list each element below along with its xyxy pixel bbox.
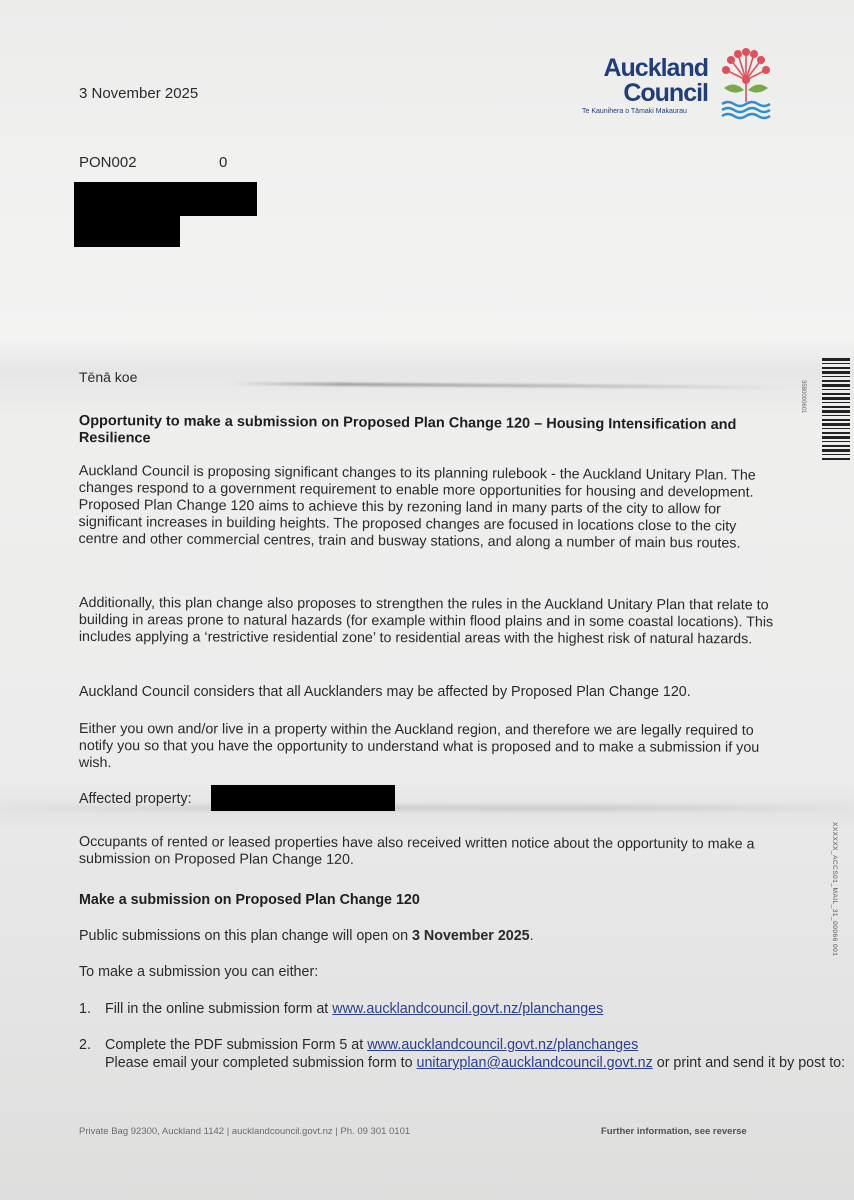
reference-code-text: PON002 [79,154,137,171]
letter-date: 3 November 2025 [79,85,198,102]
barcode-number: 3580000601 [800,380,806,413]
mailing-code: XXXXXX_ACCS01_MAIL_31_00066 001 [831,822,838,956]
barcode [822,358,850,462]
submission-heading: Make a submission on Proposed Plan Chang… [79,892,420,908]
email-prefix: Please email your completed submission f… [105,1055,417,1071]
body-paragraph: Auckland Council considers that all Auck… [79,684,779,701]
unitaryplan-email-link[interactable]: unitaryplan@aucklandcouncil.govt.nz [417,1055,653,1071]
option-number: 1. [79,1000,105,1018]
logo-line-2: Council [623,81,708,105]
footer-note: Further information, see reverse [601,1126,747,1137]
redacted-address [74,182,257,216]
option-number: 2. [79,1036,105,1054]
letter-page: 3 November 2025 PON002 0 Auckland Counci… [0,0,854,1200]
reference-code: PON002 0 [79,154,137,171]
option-continuation: Please email your completed submission f… [79,1054,845,1072]
body-paragraph: Additionally, this plan change also prop… [79,595,779,648]
planchanges-link[interactable]: www.aucklandcouncil.govt.nz/planchanges [332,1001,603,1017]
submissions-open-text: Public submissions on this plan change w… [79,928,779,945]
reference-suffix: 0 [219,154,227,171]
submissions-open-date: 3 November 2025 [412,928,530,944]
option-text: Fill in the online submission form at [105,1001,332,1017]
options-intro: To make a submission you can either: [79,964,779,981]
redacted-property [211,785,395,811]
logo-line-1: Auckland [603,56,708,80]
submissions-open-suffix: . [530,928,534,944]
letter-heading: Opportunity to make a submission on Prop… [79,413,779,451]
email-suffix: or print and send it by post to: [653,1055,845,1071]
body-paragraph: Either you own and/or live in a property… [79,721,779,774]
greeting: Tēnā koe [79,369,137,385]
planchanges-link[interactable]: www.aucklandcouncil.govt.nz/planchanges [367,1037,638,1053]
logo-tagline: Te Kaunihera o Tāmaki Makaurau [582,108,687,115]
occupants-paragraph: Occupants of rented or leased properties… [79,834,784,870]
option-item: 2.Complete the PDF submission Form 5 at … [79,1036,845,1072]
paper-crease [230,382,790,389]
footer-contact: Private Bag 92300, Auckland 1142 | auckl… [79,1126,410,1137]
submissions-open-prefix: Public submissions on this plan change w… [79,928,412,944]
body-paragraph: Auckland Council is proposing significan… [78,463,779,553]
option-text: Complete the PDF submission Form 5 at [105,1037,367,1053]
auckland-council-logo: Auckland Council Te Kaunihera o Tāmaki M… [588,48,788,120]
option-item: 1.Fill in the online submission form at … [79,1000,603,1018]
redacted-address [74,214,180,247]
pohutukawa-flower-icon [716,48,776,120]
affected-property-label: Affected property: [79,791,192,807]
